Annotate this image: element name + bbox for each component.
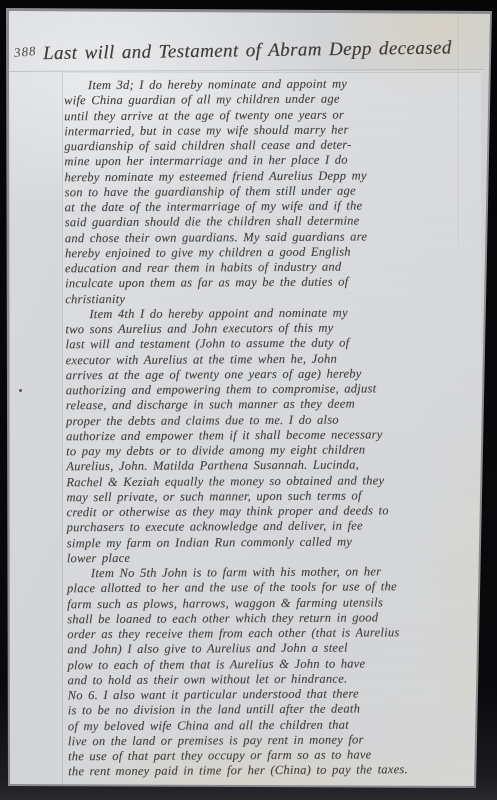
paper: 388 Last will and Testament of Abram Dep…: [0, 0, 497, 800]
manuscript-line: the rent money paid in time for her (Chi…: [68, 762, 476, 780]
document-title: Last will and Testament of Abram Depp de…: [43, 37, 488, 65]
page-number: 388: [13, 43, 37, 61]
ink-speck: [19, 389, 22, 392]
manuscript-body: Item 3d; I do hereby nominate and appoin…: [64, 76, 476, 780]
manuscript-photo: 388 Last will and Testament of Abram Dep…: [0, 0, 497, 800]
